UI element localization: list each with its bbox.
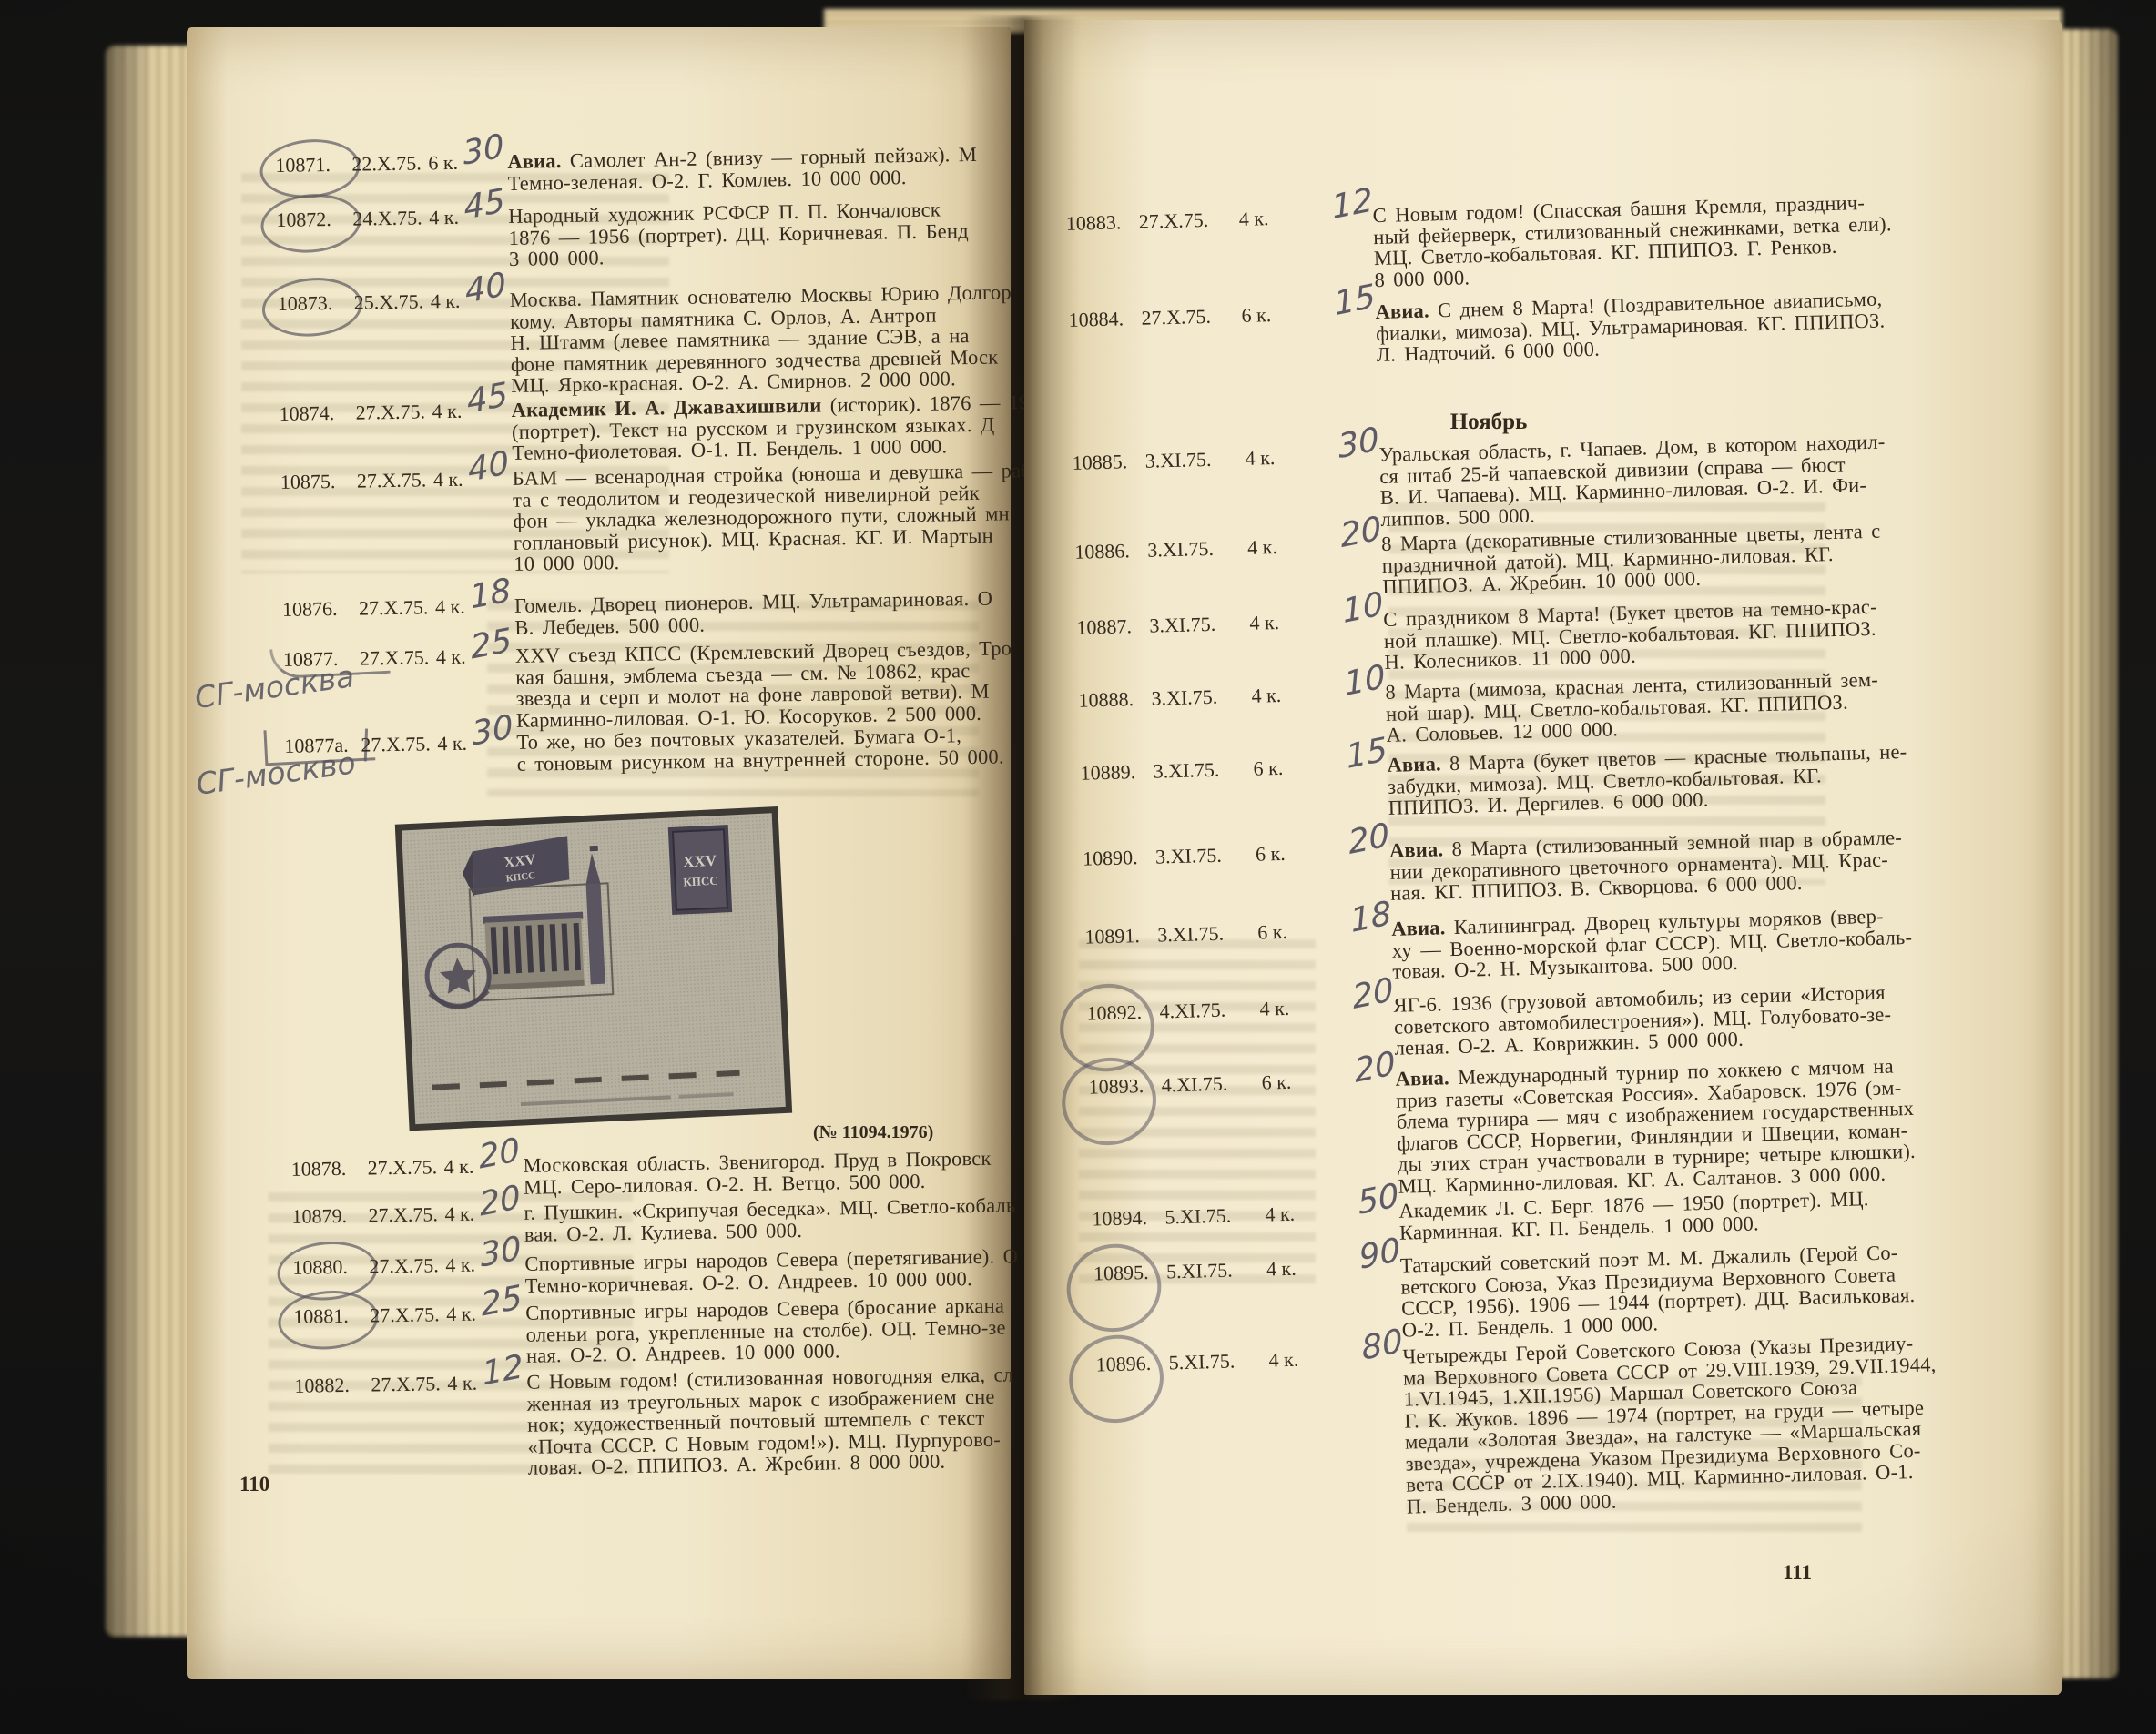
handwritten-price-annotation: 40 (467, 452, 510, 482)
handwritten-price-annotation: 10 (1343, 666, 1386, 696)
handwritten-price-annotation: 90 (1358, 1240, 1401, 1270)
entry-denomination: 4 к. (431, 290, 461, 312)
handwritten-price-annotation: 80 (1361, 1331, 1404, 1361)
catalog-entry: 10887.3.XI.75.4 к.10С праздником 8 Марта… (1076, 592, 2041, 617)
entry-denomination: 4 к. (447, 1373, 477, 1394)
handwritten-price-annotation: 30 (472, 716, 514, 745)
entry-number: 10871. (275, 154, 331, 176)
handwritten-price-annotation: 20 (479, 1187, 522, 1216)
entry-number: 10874. (279, 402, 334, 424)
envelope-illustration: XXV КПСС XXV КПСС (394, 801, 799, 1137)
entry-number: 10891. (1084, 925, 1140, 948)
catalog-entry: 10877.27.X.75.4 к.25XXV съезд КПСС (Крем… (283, 637, 1048, 649)
entry-date: 27.X.75. (360, 646, 430, 669)
handwritten-price-annotation: 25 (470, 630, 513, 659)
handwritten-price-annotation: 12 (482, 1356, 524, 1385)
entry-date: 27.X.75. (370, 1303, 440, 1326)
catalog-entry: 10890.3.XI.75.6 к.20Авиа. 8 Марта (стили… (1083, 823, 2048, 848)
entry-number: 10885. (1072, 451, 1127, 473)
entry-description-lead: Авиа. (1387, 752, 1449, 776)
handwritten-price-annotation: 18 (469, 580, 512, 609)
handwritten-price-annotation: 15 (1334, 286, 1377, 316)
entry-number: 10873. (278, 292, 333, 314)
entry-denomination: 4 к. (444, 1156, 474, 1178)
right-page: Ноябрь 10883.27.X.75.4 к.12С Новым годом… (1024, 20, 2062, 1695)
entry-date: 25.X.75. (354, 290, 424, 313)
entry-number: 10893. (1088, 1075, 1144, 1098)
entry-description: Четырежды Герой Советского Союза (Указы … (1402, 1332, 1939, 1516)
entry-date: 27.X.75. (361, 733, 431, 755)
entry-number: 10892. (1086, 1001, 1142, 1024)
catalog-entry: 10872.24.X.75.4 к.45Народный художник РС… (276, 198, 1041, 209)
entry-date: 3.XI.75. (1153, 759, 1219, 782)
entry-date: 3.XI.75. (1151, 686, 1217, 709)
figure-caption: (№ 11094.1976) (813, 1122, 933, 1143)
entry-description: Гомель. Дворец пионеров. МЦ. Ультрамарин… (514, 588, 993, 638)
entry-denomination: 4 к. (436, 646, 466, 668)
catalog-entry: 10895.5.XI.75.4 к.90Татарский советский … (1093, 1238, 2059, 1263)
entry-denomination: 4 к. (1259, 998, 1289, 1019)
entry-denomination: 6 к. (428, 152, 458, 174)
catalog-entry: 10891.3.XI.75.6 к.18Авиа. Калининград. Д… (1084, 901, 2049, 927)
entry-denomination: 6 к. (1241, 304, 1271, 326)
entry-number: 10875. (280, 471, 336, 492)
entry-date: 3.XI.75. (1147, 538, 1214, 561)
entry-date: 3.XI.75. (1144, 449, 1211, 472)
entry-date: 3.XI.75. (1155, 845, 1222, 867)
entry-date: 3.XI.75. (1157, 923, 1224, 946)
entry-description: БАМ — всенародная стройка (юноша и девуш… (513, 460, 1033, 574)
entry-date: 22.X.75. (351, 152, 422, 175)
entry-denomination: 4 к. (1265, 1203, 1295, 1225)
entry-description: Авиа. С днем 8 Марта! (Поздравительное а… (1375, 288, 1886, 365)
entry-number: 10876. (282, 598, 338, 620)
entry-denomination: 4 к. (437, 733, 467, 755)
catalog-entry: 10893.4.XI.75.6 к.20Авиа. Международный … (1088, 1051, 2053, 1077)
entry-number: 10880. (292, 1256, 348, 1278)
catalog-entry: 10876.27.X.75.4 к.18Гомель. Дворец пионе… (282, 587, 1047, 599)
right-page-entries: 10883.27.X.75.4 к.12С Новым годом! (Спас… (1061, 0, 2070, 1694)
catalog-entry: 10878.27.X.75.4 к.20Московская область. … (291, 1147, 1056, 1159)
catalog-entry: 10884.27.X.75.6 к.15Авиа. С днем 8 Марта… (1068, 284, 2033, 309)
entry-date: 5.XI.75. (1166, 1260, 1233, 1283)
entry-description: Татарский советский поэт М. М. Джалиль (… (1400, 1242, 1917, 1341)
entry-date: 5.XI.75. (1164, 1205, 1231, 1228)
catalog-entry: 10892.4.XI.75.4 к.20ЯГ-6. 1936 (грузовой… (1086, 978, 2051, 1003)
entry-description: Спортивные игры народов Севера (перетяги… (524, 1245, 1018, 1296)
entry-denomination: 4 к. (432, 401, 462, 422)
handwritten-note-annotation: СГ-москва (194, 665, 356, 708)
entry-date: 27.X.75. (359, 596, 429, 619)
entry-description-lead: Авиа. (1375, 299, 1438, 323)
handwritten-price-annotation: 10 (1341, 593, 1384, 624)
page-number-right: 111 (1783, 1561, 1812, 1585)
handwritten-price-annotation: 20 (1347, 825, 1390, 855)
entry-denomination: 4 к. (445, 1254, 475, 1276)
handwritten-price-annotation: 25 (480, 1287, 523, 1316)
handwritten-price-annotation: 30 (480, 1238, 523, 1267)
entry-description: С Новым годом! (стилизованная новогодняя… (526, 1364, 1015, 1478)
entry-description: С Новым годом! (Спасская башня Кремля, п… (1372, 191, 1893, 290)
entry-description: 8 Марта (декоративные стилизованные цвет… (1381, 521, 1882, 598)
entry-description-lead: Авиа. (1391, 916, 1454, 940)
entry-denomination: 6 к. (1256, 843, 1286, 865)
entry-number: 10879. (291, 1205, 347, 1227)
entry-number: 10887. (1076, 615, 1132, 638)
entry-denomination: 4 к. (429, 207, 459, 228)
handwritten-price-annotation: 30 (1337, 429, 1380, 459)
entry-description: Авиа. Международный турнир по хоккею с м… (1395, 1055, 1916, 1197)
entry-denomination: 4 к. (1266, 1258, 1297, 1280)
catalog-entry: 10885.3.XI.75.4 к.30Уральская область, г… (1072, 427, 2037, 452)
catalog-entry: 10873.25.X.75.4 к.40Москва. Памятник осн… (278, 281, 1042, 293)
entry-number: 10890. (1083, 847, 1138, 869)
entry-number: 10894. (1092, 1207, 1147, 1230)
book-photo-scene: 10871.22.X.75.6 к.30Авиа. Самолет Ан-2 (… (0, 0, 2156, 1734)
entry-date: 27.X.75. (369, 1254, 439, 1277)
svg-text:КПСС: КПСС (683, 874, 718, 889)
entry-date: 24.X.75. (352, 207, 422, 229)
pencil-circle-annotation (1059, 1236, 1169, 1341)
entry-description: Авиа. Калининград. Дворец культуры моряк… (1391, 905, 1913, 982)
entry-date: 27.X.75. (368, 1156, 438, 1179)
entry-date: 27.X.75. (1139, 209, 1209, 232)
entry-denomination: 4 к. (1251, 684, 1281, 706)
entry-number: 10895. (1093, 1262, 1149, 1284)
entry-date: 4.XI.75. (1159, 999, 1225, 1022)
entry-denomination: 6 к. (1253, 757, 1283, 779)
entry-description: С праздником 8 Марта! (Букет цветов на т… (1383, 596, 1878, 674)
entry-denomination: 4 к. (435, 596, 465, 618)
entry-number: 10886. (1074, 540, 1130, 563)
entry-description-lead: Авиа. (1395, 1066, 1458, 1090)
entry-description-lead: Авиа. (1389, 837, 1452, 862)
entry-date: 5.XI.75. (1168, 1350, 1235, 1373)
entry-description: Академик Л. С. Берг. 1876 — 1950 (портре… (1398, 1188, 1869, 1242)
handwritten-price-annotation: 45 (463, 190, 505, 219)
entry-description: Уральская область, г. Чапаев. Дом, в кот… (1378, 431, 1886, 530)
entry-description: Академик И. А. Джавахишвили (историк). 1… (511, 391, 1030, 463)
entry-description: Авиа. 8 Марта (стилизованный земной шар … (1389, 826, 1904, 904)
catalog-entry: 10880.27.X.75.4 к.30Спортивные игры наро… (292, 1245, 1057, 1257)
entry-description: Московская область. Звенигород. Пруд в П… (523, 1148, 992, 1198)
entry-number: 10872. (276, 208, 331, 230)
handwritten-price-annotation: 12 (1331, 189, 1374, 219)
entry-description-lead: Авиа. (507, 149, 570, 173)
handwritten-price-annotation: 50 (1357, 1185, 1399, 1215)
handwritten-price-annotation: 45 (466, 384, 509, 413)
entry-number: 10888. (1078, 688, 1134, 711)
handwritten-price-annotation: 20 (1354, 1053, 1397, 1083)
handwritten-price-annotation: 18 (1349, 903, 1392, 933)
entry-description: Народный художник РСФСР П. П. Кончаловск… (508, 198, 969, 269)
entry-number: 10883. (1066, 211, 1122, 234)
handwritten-price-annotation: 20 (478, 1140, 521, 1169)
entry-denomination: 4 к. (444, 1203, 474, 1225)
entry-number: 10889. (1080, 761, 1135, 784)
handwritten-note-annotation: СГ-москво (195, 752, 357, 795)
catalog-entry: 10881.27.X.75.4 к.25Спортивные игры наро… (293, 1294, 1058, 1306)
entry-number: 10896. (1095, 1353, 1151, 1375)
entry-date: 4.XI.75. (1161, 1073, 1227, 1096)
entry-description-lead: Академик И. А. Джавахишвили (511, 393, 830, 421)
handwritten-price-annotation: 40 (464, 274, 507, 303)
entry-date: 3.XI.75. (1149, 613, 1215, 636)
envelope-figure: XXV КПСС XXV КПСС (394, 801, 799, 1137)
entry-date: 27.X.75. (357, 469, 427, 492)
entry-number: 10878. (291, 1158, 347, 1180)
entry-denomination: 4 к. (1268, 1349, 1298, 1371)
catalog-entry: 10871.22.X.75.6 к.30Авиа. Самолет Ан-2 (… (275, 143, 1040, 155)
page-number-left: 110 (239, 1473, 269, 1496)
entry-description: г. Пушкин. «Скрипучая беседка». МЦ. Свет… (524, 1194, 1016, 1244)
handwritten-price-annotation: 30 (463, 136, 505, 165)
stamp-graphic: XXV КПСС (668, 825, 732, 915)
entry-description: 8 Марта (мимоза, красная лента, стилизов… (1385, 669, 1879, 746)
entry-denomination: 4 к. (446, 1303, 476, 1325)
page-stack-left-edge (106, 46, 193, 1637)
entry-denomination: 4 к. (1247, 536, 1277, 558)
entry-description: ЯГ-6. 1936 (грузовой автомобиль; из сери… (1393, 982, 1892, 1060)
entry-denomination: 4 к. (1245, 447, 1275, 469)
catalog-entry: 10882.27.X.75.4 к.12С Новым годом! (стил… (294, 1364, 1059, 1375)
entry-denomination: 4 к. (1249, 612, 1279, 634)
left-page: 10871.22.X.75.6 к.30Авиа. Самолет Ан-2 (… (187, 27, 1011, 1679)
entry-date: 27.X.75. (355, 401, 425, 423)
entry-date: 27.X.75. (368, 1203, 438, 1226)
svg-text:XXV: XXV (683, 852, 717, 871)
handwritten-price-annotation: 15 (1346, 739, 1388, 769)
entry-number: 10882. (294, 1374, 350, 1396)
entry-denomination: 4 к. (1238, 208, 1268, 229)
entry-description: Авиа. 8 Марта (букет цветов — красные тю… (1387, 741, 1908, 818)
entry-description: XXV съезд КПСС (Кремлевский Дворец съезд… (515, 637, 1013, 731)
entry-denomination: 6 к. (1261, 1071, 1291, 1093)
entry-number: 10884. (1068, 308, 1124, 330)
entry-description: Авиа. Самолет Ан-2 (внизу — горный пейза… (507, 144, 977, 194)
entry-description: Москва. Памятник основателю Москвы Юрию … (510, 281, 1013, 396)
handwritten-price-annotation: 20 (1339, 518, 1382, 548)
entry-description: Спортивные игры народов Севера (бросание… (525, 1295, 1006, 1367)
entry-description: То же, но без почтовых указателей. Бумаг… (516, 724, 1004, 774)
entry-date: 27.X.75. (371, 1373, 441, 1395)
pencil-circle-annotation (1054, 1050, 1164, 1154)
handwritten-price-annotation: 20 (1351, 979, 1394, 1009)
entry-date: 27.X.75. (1141, 306, 1211, 329)
entry-denomination: 6 к. (1257, 921, 1287, 943)
pencil-circle-annotation (1062, 1327, 1172, 1432)
entry-denomination: 4 к. (433, 469, 463, 491)
catalog-entry: 10883.27.X.75.4 к.12С Новым годом! (Спас… (1066, 188, 2031, 213)
entry-number: 10881. (293, 1305, 349, 1327)
